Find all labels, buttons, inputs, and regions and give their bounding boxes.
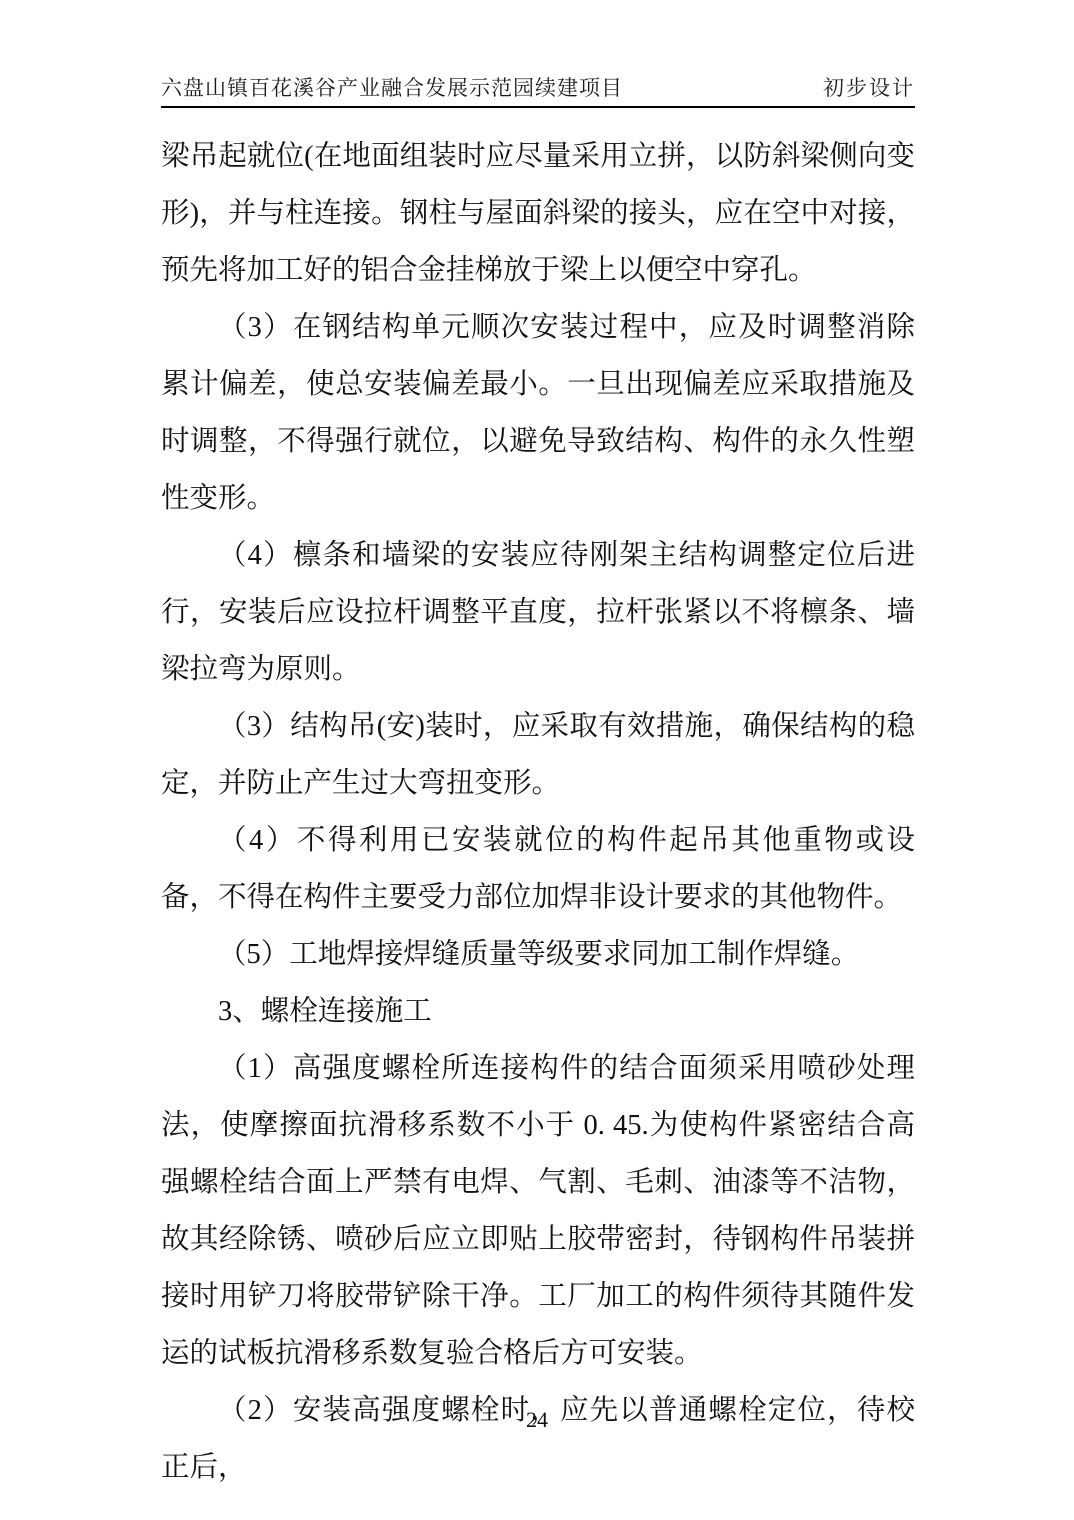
body-paragraph: （3）在钢结构单元顺次安装过程中，应及时调整消除累计偏差，使总安装偏差最小。一旦… xyxy=(161,299,915,527)
document-page: 六盘山镇百花溪谷产业融合发展示范园续建项目 初步设计 梁吊起就位(在地面组装时应… xyxy=(0,0,1074,1520)
header-doc-stage: 初步设计 xyxy=(823,76,915,100)
body-paragraph: 3、螺栓连接施工 xyxy=(161,983,915,1040)
page-number: 24 xyxy=(0,1405,1074,1435)
body-paragraph: （4）不得利用已安装就位的构件起吊其他重物或设备，不得在构件主要受力部位加焊非设… xyxy=(161,812,915,926)
header-project-title: 六盘山镇百花溪谷产业融合发展示范园续建项目 xyxy=(161,76,623,100)
document-body: 梁吊起就位(在地面组装时应尽量采用立拼，以防斜梁侧向变形)，并与柱连接。钢柱与屋… xyxy=(161,128,915,1496)
body-paragraph: （4）檩条和墙梁的安装应待刚架主结构调整定位后进行，安装后应设拉杆调整平直度，拉… xyxy=(161,527,915,698)
page-header: 六盘山镇百花溪谷产业融合发展示范园续建项目 初步设计 xyxy=(161,76,915,108)
body-paragraph: （5）工地焊接焊缝质量等级要求同加工制作焊缝。 xyxy=(161,926,915,983)
body-paragraph: （2）安装高强度螺栓时，应先以普通螺栓定位，待校正后， xyxy=(161,1382,915,1496)
body-paragraph: （1）高强度螺栓所连接构件的结合面须采用喷砂处理法，使摩擦面抗滑移系数不小于 0… xyxy=(161,1040,915,1382)
body-paragraph: 梁吊起就位(在地面组装时应尽量采用立拼，以防斜梁侧向变形)，并与柱连接。钢柱与屋… xyxy=(161,128,915,299)
body-paragraph: （3）结构吊(安)装时，应采取有效措施，确保结构的稳定，并防止产生过大弯扭变形。 xyxy=(161,698,915,812)
